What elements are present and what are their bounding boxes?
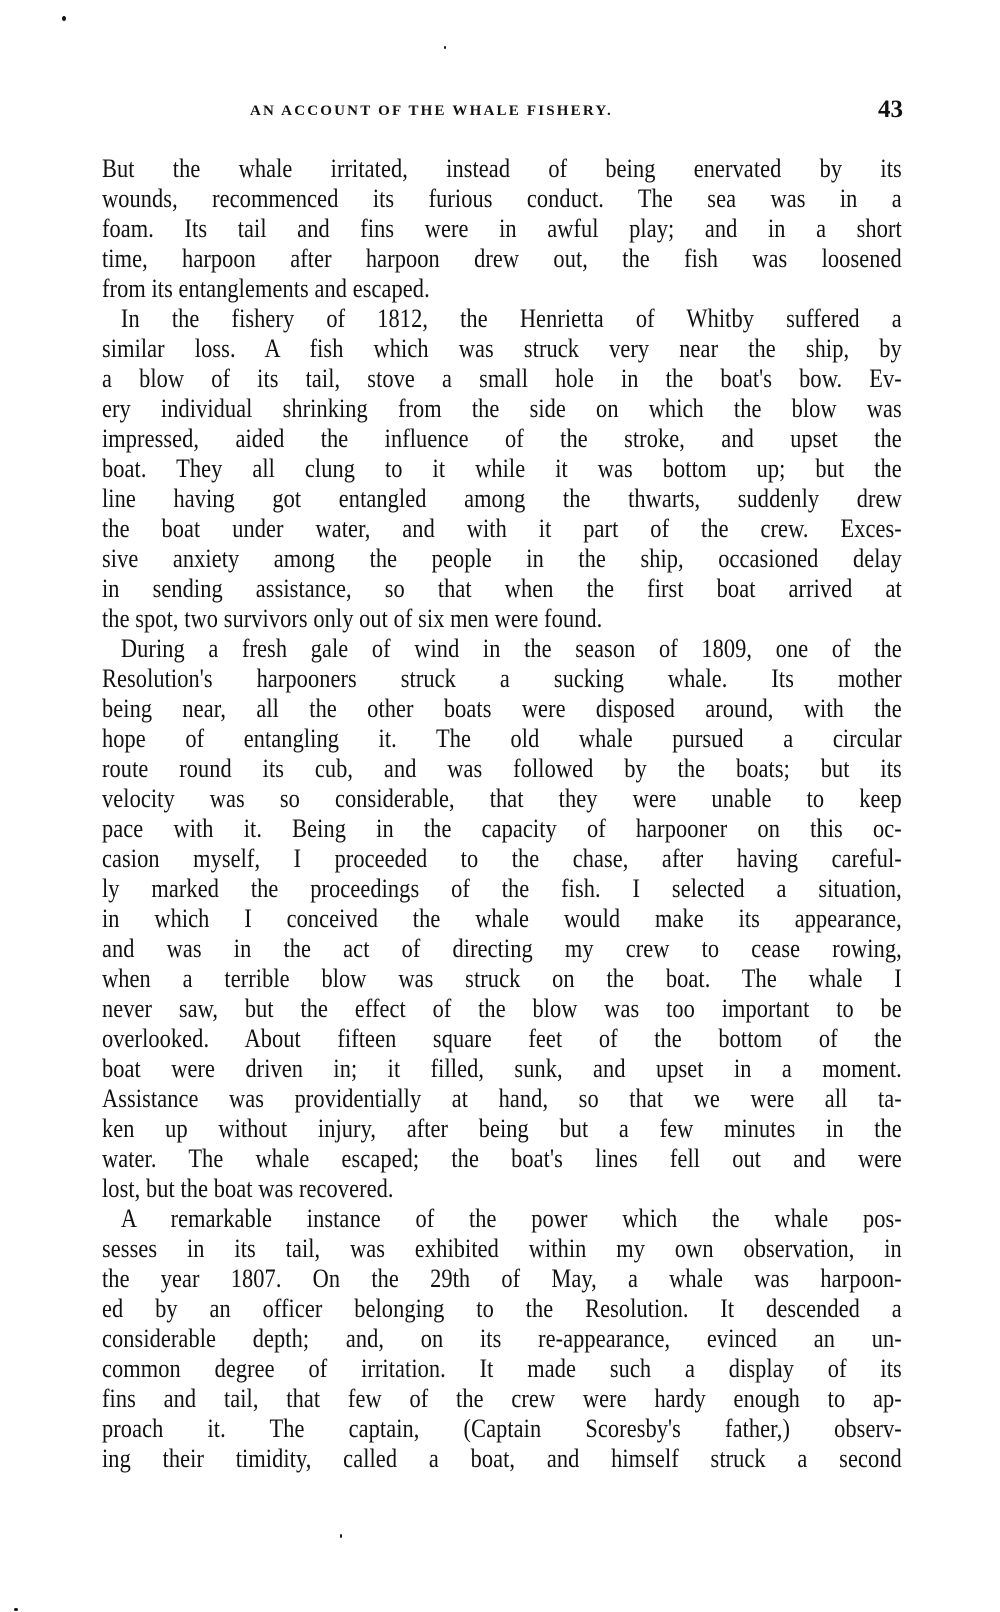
text-line: in which I conceived the whale would mak…	[102, 904, 902, 934]
text-line: route round its cub, and was followed by…	[102, 754, 902, 784]
text-line: fins and tail, that few of the crew were…	[102, 1384, 902, 1414]
paragraph: But the whale irritated, instead of bein…	[102, 154, 902, 304]
text-line: ken up without injury, after being but a…	[102, 1114, 902, 1144]
text-line: the year 1807. On the 29th of May, a wha…	[102, 1264, 902, 1294]
text-line: In the fishery of 1812, the Henrietta of…	[102, 304, 902, 334]
text-line: ed by an officer belonging to the Resolu…	[102, 1294, 902, 1324]
text-line: ery individual shrinking from the side o…	[102, 394, 902, 424]
text-line: similar loss. A fish which was struck ve…	[102, 334, 902, 364]
scan-speck	[444, 46, 446, 49]
text-line: ing their timidity, called a boat, and h…	[102, 1444, 902, 1474]
text-line: being near, all the other boats were dis…	[102, 694, 902, 724]
text-line: the boat under water, and with it part o…	[102, 514, 902, 544]
text-line: in sending assistance, so that when the …	[102, 574, 902, 604]
text-line: the spot, two survivors only out of six …	[102, 604, 902, 634]
text-line: lost, but the boat was recovered.	[102, 1174, 902, 1204]
text-line: impressed, aided the influence of the st…	[102, 424, 902, 454]
text-line: velocity was so considerable, that they …	[102, 784, 902, 814]
text-line: foam. Its tail and fins were in awful pl…	[102, 214, 902, 244]
text-line: when a terrible blow was struck on the b…	[102, 964, 902, 994]
text-line: boat. They all clung to it while it was …	[102, 454, 902, 484]
page-number: 43	[878, 96, 903, 124]
text-line: sesses in its tail, was exhibited within…	[102, 1234, 902, 1264]
text-line: A remarkable instance of the power which…	[102, 1204, 902, 1234]
text-line: water. The whale escaped; the boat's lin…	[102, 1144, 902, 1174]
text-line: time, harpoon after harpoon drew out, th…	[102, 244, 902, 274]
text-line: common degree of irritation. It made suc…	[102, 1354, 902, 1384]
text-line: ly marked the proceedings of the fish. I…	[102, 874, 902, 904]
paragraph: A remarkable instance of the power which…	[102, 1204, 902, 1474]
text-line: overlooked. About fifteen square feet of…	[102, 1024, 902, 1054]
text-line: considerable depth; and, on its re-appea…	[102, 1324, 902, 1354]
scan-speck	[14, 1608, 18, 1611]
running-head-title: AN ACCOUNT OF THE WHALE FISHERY.	[250, 103, 720, 120]
text-line: During a fresh gale of wind in the seaso…	[102, 634, 902, 664]
text-line: Resolution's harpooners struck a sucking…	[102, 664, 902, 694]
text-line: sive anxiety among the people in the shi…	[102, 544, 902, 574]
scan-speck	[62, 16, 66, 21]
text-line: a blow of its tail, stove a small hole i…	[102, 364, 902, 394]
text-line: never saw, but the effect of the blow wa…	[102, 994, 902, 1024]
text-line: But the whale irritated, instead of bein…	[102, 154, 902, 184]
paragraph: In the fishery of 1812, the Henrietta of…	[102, 304, 902, 634]
text-line: proach it. The captain, (Captain Scoresb…	[102, 1414, 902, 1444]
text-line: and was in the act of directing my crew …	[102, 934, 902, 964]
text-line: wounds, recommenced its furious conduct.…	[102, 184, 902, 214]
scan-speck	[340, 1534, 342, 1538]
text-line: from its entanglements and escaped.	[102, 274, 902, 304]
text-line: line having got entangled among the thwa…	[102, 484, 902, 514]
text-line: hope of entangling it. The old whale pur…	[102, 724, 902, 754]
text-line: pace with it. Being in the capacity of h…	[102, 814, 902, 844]
body-text: But the whale irritated, instead of bein…	[102, 154, 902, 1474]
text-line: boat were driven in; it filled, sunk, an…	[102, 1054, 902, 1084]
paragraph: During a fresh gale of wind in the seaso…	[102, 634, 902, 1204]
book-page: AN ACCOUNT OF THE WHALE FISHERY. 43 But …	[0, 0, 1000, 1612]
text-line: Assistance was providentially at hand, s…	[102, 1084, 902, 1114]
text-line: casion myself, I proceeded to the chase,…	[102, 844, 902, 874]
